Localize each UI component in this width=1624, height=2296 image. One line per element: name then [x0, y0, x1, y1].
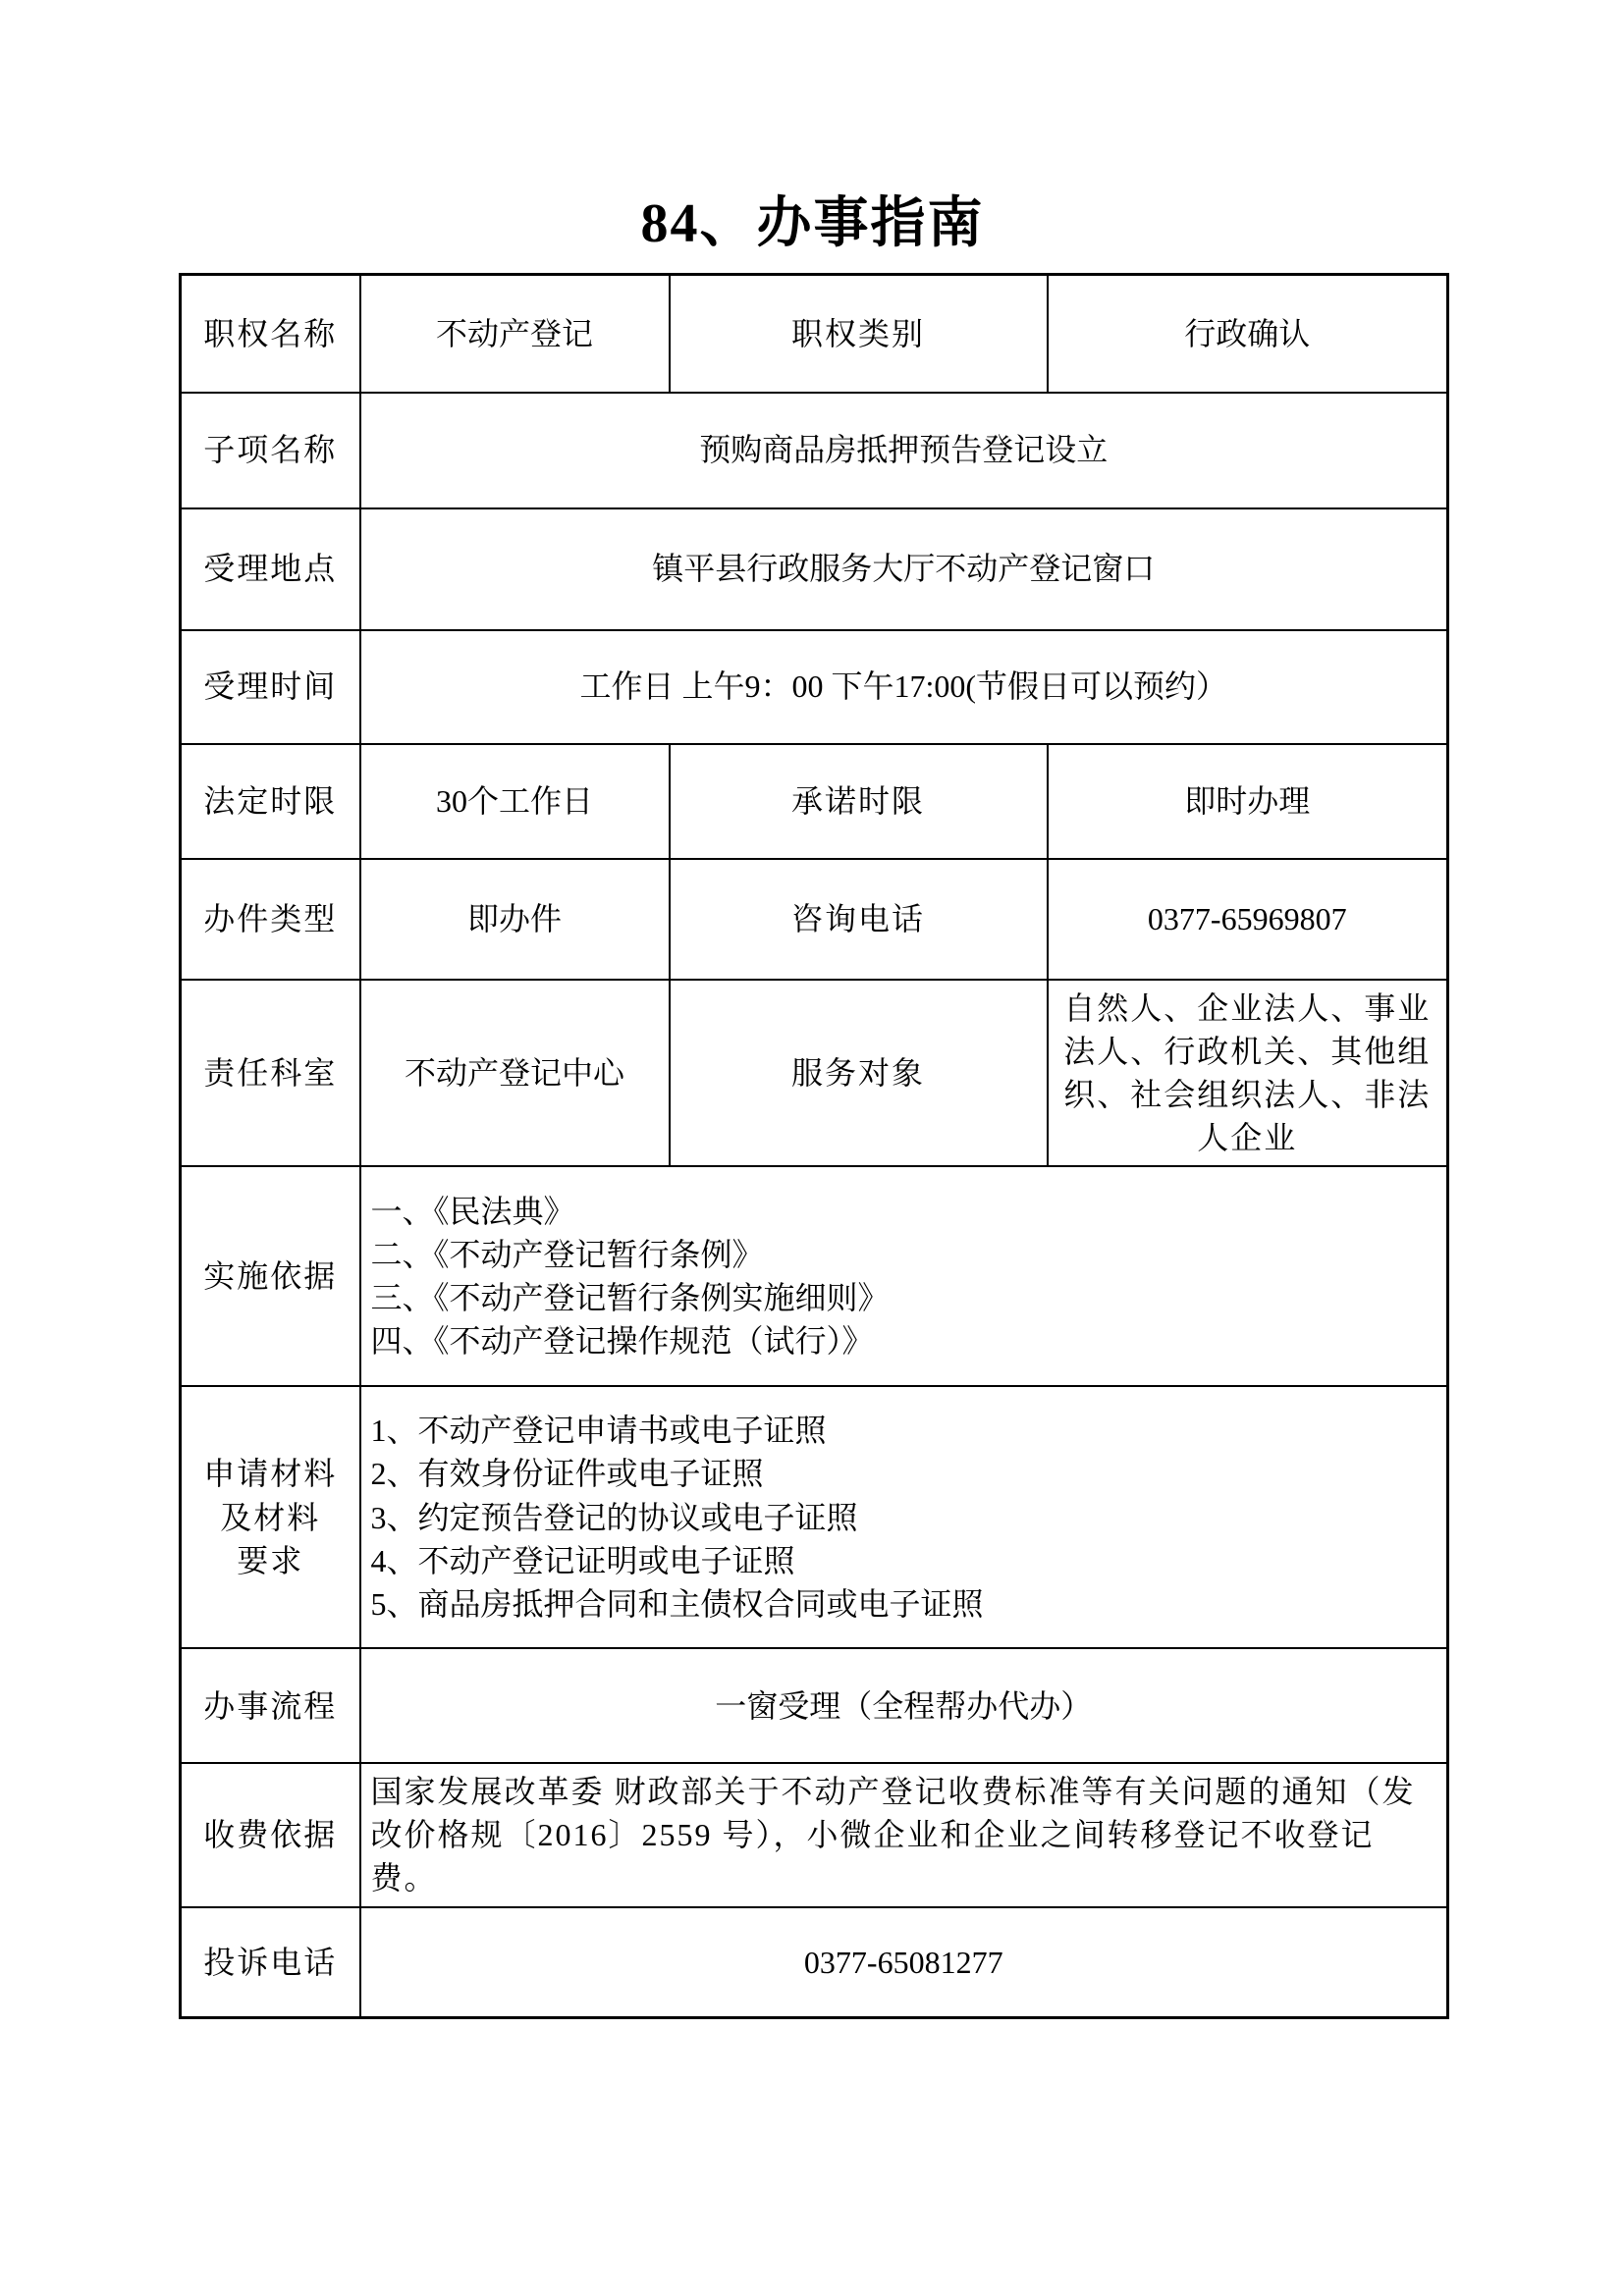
responsible-dept-value: 不动产登记中心 [360, 980, 670, 1167]
acceptance-time-label: 受理时间 [181, 630, 360, 744]
subitem-name-label: 子项名称 [181, 393, 360, 508]
implementation-basis-list: 一、《民法典》 二、《不动产登记暂行条例》 三、《不动产登记暂行条例实施细则》 … [360, 1166, 1448, 1386]
consult-phone-value: 0377-65969807 [1048, 859, 1448, 980]
list-item: 5、商品房抵押合同和主债权合同或电子证照 [371, 1582, 1437, 1626]
power-type-value: 行政确认 [1048, 275, 1448, 393]
page-title: 84、办事指南 [179, 194, 1446, 255]
complaint-phone-label: 投诉电话 [181, 1907, 360, 2018]
power-name-value: 不动产登记 [360, 275, 670, 393]
statutory-limit-label: 法定时限 [181, 744, 360, 859]
subitem-name-value: 预购商品房抵押预告登记设立 [360, 393, 1448, 508]
table-row: 法定时限 30个工作日 承诺时限 即时办理 [181, 744, 1448, 859]
handling-type-label: 办件类型 [181, 859, 360, 980]
responsible-dept-label: 责任科室 [181, 980, 360, 1167]
service-target-label: 服务对象 [670, 980, 1048, 1167]
acceptance-place-value: 镇平县行政服务大厅不动产登记窗口 [360, 508, 1448, 630]
table-row: 办件类型 即办件 咨询电话 0377-65969807 [181, 859, 1448, 980]
table-row: 收费依据 国家发展改革委 财政部关于不动产登记收费标准等有关问题的通知（发 改价… [181, 1763, 1448, 1906]
acceptance-place-label: 受理地点 [181, 508, 360, 630]
table-row: 投诉电话 0377-65081277 [181, 1907, 1448, 2018]
table-row: 申请材料 及材料 要求 1、不动产登记申请书或电子证照 2、有效身份证件或电子证… [181, 1386, 1448, 1648]
power-type-label: 职权类别 [670, 275, 1048, 393]
handling-type-value: 即办件 [360, 859, 670, 980]
statutory-limit-value: 30个工作日 [360, 744, 670, 859]
application-materials-label: 申请材料 及材料 要求 [181, 1386, 360, 1648]
implementation-basis-label: 实施依据 [181, 1166, 360, 1386]
list-item: 2、有效身份证件或电子证照 [371, 1452, 1437, 1495]
fee-basis-value: 国家发展改革委 财政部关于不动产登记收费标准等有关问题的通知（发 改价格规〔20… [360, 1763, 1448, 1906]
service-target-value: 自然人、企业法人、事业 法人、行政机关、其他组 织、社会组织法人、非法 人企业 [1048, 980, 1448, 1167]
process-value: 一窗受理（全程帮办代办） [360, 1648, 1448, 1763]
application-materials-list: 1、不动产登记申请书或电子证照 2、有效身份证件或电子证照 3、约定预告登记的协… [360, 1386, 1448, 1648]
list-item: 三、《不动产登记暂行条例实施细则》 [371, 1276, 1437, 1319]
document-page: 84、办事指南 职权名称 不动产登记 职权类别 行政确认 子项名称 预购商品房抵… [0, 0, 1624, 2296]
list-item: 二、《不动产登记暂行条例》 [371, 1233, 1437, 1276]
list-item: 四、《不动产登记操作规范（试行）》 [371, 1319, 1437, 1362]
table-row: 职权名称 不动产登记 职权类别 行政确认 [181, 275, 1448, 393]
table-row: 实施依据 一、《民法典》 二、《不动产登记暂行条例》 三、《不动产登记暂行条例实… [181, 1166, 1448, 1386]
promised-limit-label: 承诺时限 [670, 744, 1048, 859]
list-item: 1、不动产登记申请书或电子证照 [371, 1409, 1437, 1452]
fee-basis-label: 收费依据 [181, 1763, 360, 1906]
acceptance-time-value: 工作日 上午9：00 下午17:00(节假日可以预约） [360, 630, 1448, 744]
complaint-phone-value: 0377-65081277 [360, 1907, 1448, 2018]
process-label: 办事流程 [181, 1648, 360, 1763]
power-name-label: 职权名称 [181, 275, 360, 393]
table-row: 办事流程 一窗受理（全程帮办代办） [181, 1648, 1448, 1763]
table-row: 责任科室 不动产登记中心 服务对象 自然人、企业法人、事业 法人、行政机关、其他… [181, 980, 1448, 1167]
list-item: 3、约定预告登记的协议或电子证照 [371, 1496, 1437, 1539]
service-guide-table: 职权名称 不动产登记 职权类别 行政确认 子项名称 预购商品房抵押预告登记设立 … [179, 273, 1449, 2019]
table-row: 子项名称 预购商品房抵押预告登记设立 [181, 393, 1448, 508]
list-item: 4、不动产登记证明或电子证照 [371, 1539, 1437, 1582]
consult-phone-label: 咨询电话 [670, 859, 1048, 980]
list-item: 一、《民法典》 [371, 1190, 1437, 1233]
table-row: 受理时间 工作日 上午9：00 下午17:00(节假日可以预约） [181, 630, 1448, 744]
table-row: 受理地点 镇平县行政服务大厅不动产登记窗口 [181, 508, 1448, 630]
promised-limit-value: 即时办理 [1048, 744, 1448, 859]
